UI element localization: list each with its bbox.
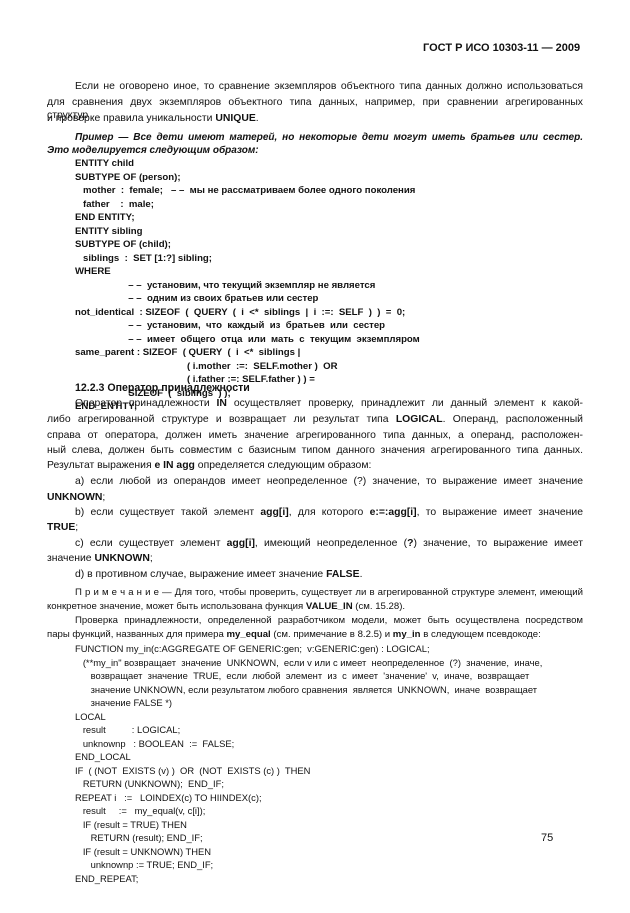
text-line: Оператор принадлежности IN осуществляет … (75, 397, 583, 410)
code-line: – – одним из своих братьев или сестер (75, 292, 318, 305)
example-heading-cont: Это моделируется следующим образом: (47, 144, 259, 157)
section-title: 12.2.3 Оператор принадлежности (75, 382, 250, 395)
pseudocode-line: END_LOCAL (75, 750, 131, 763)
code-line: not_identical : SIZEOF ( QUERY ( i <* si… (75, 306, 405, 319)
code-line: ENTITY sibling (75, 225, 143, 238)
pseudocode-line: result : LOGICAL; (75, 723, 180, 736)
note-line: П р и м е ч а н и е — Для того, чтобы пр… (75, 586, 583, 599)
pseudocode-line: unknownp := TRUE; END_IF; (75, 858, 213, 871)
code-line: siblings : SET [1:?] sibling; (75, 252, 212, 265)
list-item-a-cont: UNKNOWN; (47, 491, 105, 504)
pseudocode-line: IF (result = TRUE) THEN (75, 818, 187, 831)
pseudocode-line: LOCAL (75, 710, 106, 723)
text-line: Если не оговорено иное, то сравнение экз… (75, 80, 583, 93)
code-line: END ENTITY; (75, 211, 135, 224)
pseudocode-line: IF (result = UNKNOWN) THEN (75, 845, 211, 858)
code-line: mother : female; – – мы не рассматриваем… (75, 184, 415, 197)
pseudocode-line: REPEAT i := LOINDEX(c) TO HIINDEX(c); (75, 791, 262, 804)
list-item-c-cont: значение UNKNOWN; (47, 552, 153, 565)
pseudocode-line: значение FALSE *) (75, 696, 172, 709)
note-line: пары функций, названных для примера my_e… (47, 628, 541, 641)
code-line: father : male; (75, 198, 154, 211)
pseudocode-line: RETURN (UNKNOWN); END_IF; (75, 777, 224, 790)
text-line: Результат выражения e IN agg определяетс… (47, 459, 371, 472)
code-line: ( i.mother :=: SELF.mother ) OR (75, 360, 338, 373)
code-line: ENTITY child (75, 157, 134, 170)
text-line: и проверке правила уникальности UNIQUE. (47, 112, 259, 125)
code-line: WHERE (75, 265, 111, 278)
pseudocode-line: значение UNKNOWN, если результатом любог… (75, 683, 583, 696)
list-item-c: c) если существует элемент agg[i], имеющ… (75, 537, 583, 550)
pseudocode-line: unknownp : BOOLEAN := FALSE; (75, 737, 234, 750)
pseudocode-line: возвращает значение TRUE, если любой эле… (75, 669, 583, 682)
pseudocode-line: END_REPEAT; (75, 872, 138, 885)
example-heading: Пример — Все дети имеют матерей, но неко… (75, 131, 583, 144)
keyword-unique: UNIQUE (215, 113, 255, 124)
text-line: ный слева, должен быть совместим с базис… (47, 444, 583, 457)
code-line: same_parent : SIZEOF ( QUERY ( i <* sibl… (75, 346, 300, 359)
pseudocode-line: (**my_in" возвращает значение UNKNOWN, е… (75, 656, 583, 669)
list-item-d: d) в противном случае, выражение имеет з… (75, 568, 362, 581)
list-item-b-cont: TRUE; (47, 521, 78, 534)
code-line: – – имеет общего отца или мать с текущим… (75, 333, 420, 346)
note-line: конкретное значение, может быть использо… (47, 600, 405, 613)
text-line: либо агрегированной структуре и возвраща… (47, 413, 583, 426)
text-line: справа от оператора, должен иметь значен… (47, 429, 583, 442)
code-line: – – установим, что каждый из братьев или… (75, 319, 385, 332)
page-number: 75 (541, 832, 553, 845)
code-line: – – установим, что текущий экземпляр не … (75, 279, 375, 292)
list-item-a: a) если любой из операндов имеет неопред… (75, 475, 583, 488)
note-line: Проверка принадлежности, определенной ра… (75, 614, 583, 627)
pseudocode-line: RETURN (result); END_IF; (75, 831, 203, 844)
pseudocode-line: FUNCTION my_in(c:AGGREGATE OF GENERIC:ge… (75, 642, 430, 655)
page-header: ГОСТ Р ИСО 10303-11 — 2009 (423, 42, 580, 55)
pseudocode-line: result := my_equal(v, c[i]); (75, 804, 205, 817)
code-line: SUBTYPE OF (child); (75, 238, 171, 251)
list-item-b: b) если существует такой элемент agg[i],… (75, 506, 583, 519)
pseudocode-line: IF ( (NOT EXISTS (v) ) OR (NOT EXISTS (c… (75, 764, 310, 777)
code-line: SUBTYPE OF (person); (75, 171, 181, 184)
